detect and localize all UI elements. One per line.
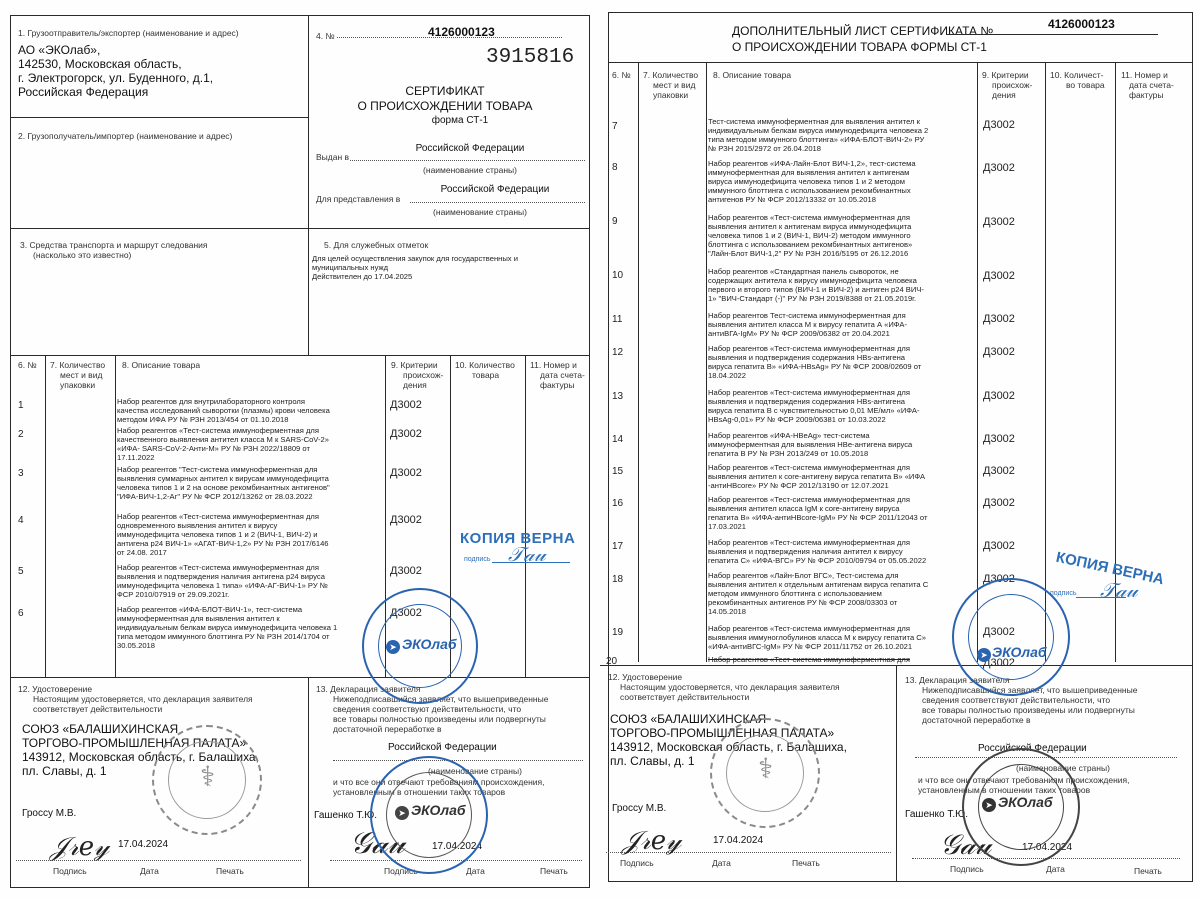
- exporter-line: г. Электрогорск, ул. Буденного, д.1,: [18, 71, 213, 85]
- col-header-no: 6. №: [612, 70, 631, 80]
- sign-label: Подпись: [950, 864, 984, 874]
- exporter-line: 142530, Московская область,: [18, 57, 182, 71]
- company-seal-logo: ЭКОлаб: [998, 794, 1053, 810]
- col-header-criteria: происхож-: [403, 370, 443, 380]
- exporter-label: 1. Грузоотправитель/экспортер (наименова…: [18, 28, 239, 38]
- declarant-name: Гашенко Т.Ю.: [314, 810, 377, 822]
- chamber-address: пл. Славы, д. 1: [610, 754, 695, 768]
- certificate-additional-sheet: ДОПОЛНИТЕЛЬНЫЙ ЛИСТ СЕРТИФИКАТА № 412600…: [600, 0, 1200, 900]
- seal-label: Печать: [216, 866, 244, 876]
- certification-text: соответствует действительности: [33, 704, 162, 714]
- col-header-invoice: дата счета-: [540, 370, 585, 380]
- declaration-text: все товары полностью произведены или под…: [922, 705, 1135, 715]
- declaration-text: достаточной переработке в: [922, 715, 1031, 725]
- col-divider: [115, 355, 116, 677]
- col-header-invoice: дата счета-: [1129, 80, 1174, 90]
- certification-date: 17.04.2024: [118, 839, 168, 851]
- caduceus-icon: ⚕: [200, 760, 215, 793]
- col-header-invoice: фактуры: [540, 380, 575, 390]
- col-header-packages: 7. Количество: [643, 70, 698, 80]
- ecolab-logo-icon: ➤: [977, 648, 991, 662]
- col-header-criteria: дения: [403, 380, 427, 390]
- col-header-criteria: 9. Критерии: [391, 360, 438, 370]
- col-header-quantity: 10. Количест-: [1050, 70, 1104, 80]
- seal-label: Печать: [792, 858, 820, 868]
- validity-note: Действителен до 17.04.2025: [312, 272, 412, 281]
- certifier-name: Гроссу М.В.: [22, 808, 76, 820]
- col-header-no: 6. №: [18, 360, 37, 370]
- dotted-line: [410, 202, 585, 203]
- transport-label: 3. Средства транспорта и маршрут следова…: [20, 240, 208, 250]
- divider: [308, 677, 309, 888]
- col-divider: [525, 355, 526, 677]
- col-header-packages: 7. Количество: [50, 360, 105, 370]
- company-seal-logo: ЭКОлаб: [992, 644, 1047, 660]
- official-note: Для целей осуществления закупок для госу…: [312, 254, 518, 263]
- company-seal-logo: ЭКОлаб: [402, 636, 457, 652]
- col-header-criteria: дения: [992, 90, 1016, 100]
- col-header-packages: упаковки: [60, 380, 95, 390]
- col-divider: [638, 62, 639, 662]
- col-header-description: 8. Описание товара: [713, 70, 791, 80]
- certifier-name: Гроссу М.В.: [612, 803, 666, 815]
- date-label: Дата: [712, 858, 731, 868]
- certifier-signature-icon: 𝒥𝓇𝑒𝓎: [622, 826, 681, 857]
- date-label: Дата: [140, 866, 159, 876]
- sheet-title: ДОПОЛНИТЕЛЬНЫЙ ЛИСТ СЕРТИФИКАТА №: [732, 24, 993, 38]
- table-top: [608, 62, 1193, 63]
- country-caption: (наименование страны): [360, 165, 580, 175]
- certificate-title: СЕРТИФИКАТ: [310, 84, 580, 98]
- sign-label: Подпись: [53, 866, 87, 876]
- col-header-quantity: 10. Количество: [455, 360, 515, 370]
- copy-stamp-signature-icon: 𝒯𝒶𝓊: [508, 542, 546, 566]
- declaration-text: сведения соответствуют действительности,…: [922, 695, 1110, 705]
- certificate-form: форма СТ-1: [360, 115, 560, 127]
- importer-label: 2. Грузополучатель/импортер (наименовани…: [18, 131, 232, 141]
- sign-label: Подпись: [620, 858, 654, 868]
- table-top: [10, 355, 590, 356]
- certificate-number-label: 4. №: [316, 31, 335, 41]
- col-header-criteria: 9. Критерии: [982, 70, 1029, 80]
- ecolab-logo-icon: ➤: [982, 798, 996, 812]
- sheet-subtitle: О ПРОИСХОЖДЕНИИ ТОВАРА ФОРМЫ СТ-1: [732, 40, 987, 54]
- seal-label: Печать: [1134, 866, 1162, 876]
- certification-text: Настоящим удостоверяется, что декларация…: [620, 682, 840, 692]
- col-divider: [706, 62, 707, 662]
- presentation-country: Российской Федерации: [400, 184, 590, 196]
- divider: [308, 15, 309, 355]
- certification-date: 17.04.2024: [713, 835, 763, 847]
- presentation-label: Для представления в: [316, 194, 400, 204]
- serial-number: 3915816: [486, 46, 574, 69]
- col-header-quantity: товара: [472, 370, 499, 380]
- seal-label: Печать: [540, 866, 568, 876]
- copy-stamp-signature-icon: 𝒯𝒶𝓊: [1100, 578, 1138, 602]
- col-header-packages: мест и вид: [60, 370, 102, 380]
- certification-label: 12. Удостоверение: [18, 684, 92, 694]
- exporter-line: АО «ЭКОлаб»,: [18, 43, 100, 57]
- col-header-quantity: во товара: [1066, 80, 1105, 90]
- certification-text: соответствует действительности: [620, 692, 749, 702]
- col-divider: [977, 62, 978, 662]
- certification-label: 12. Удостоверение: [608, 672, 682, 682]
- dotted-line: [350, 160, 585, 161]
- declaration-text: сведения соответствуют действительности,…: [333, 704, 521, 714]
- col-header-packages: упаковки: [653, 90, 688, 100]
- company-seal-inner-icon: [968, 594, 1054, 680]
- divider: [10, 117, 308, 118]
- col-header-criteria: происхож-: [992, 80, 1032, 90]
- certificate-number: 4126000123: [1048, 17, 1115, 31]
- chamber-name: СОЮЗ «БАЛАШИХИНСКАЯ: [22, 722, 178, 736]
- declaration-text: все товары полностью произведены или под…: [333, 714, 546, 724]
- col-header-description: 8. Описание товара: [122, 360, 200, 370]
- divider: [10, 228, 590, 229]
- exporter-line: Российская Федерация: [18, 85, 148, 99]
- ecolab-logo-icon: ➤: [395, 806, 409, 820]
- date-label: Дата: [1046, 864, 1065, 874]
- col-header-packages: мест и вид: [653, 80, 695, 90]
- certificate-page-main: 1. Грузоотправитель/экспортер (наименова…: [0, 0, 600, 900]
- declaration-country: Российской Федерации: [388, 742, 497, 754]
- divider: [896, 665, 897, 882]
- dotted-line: [333, 760, 583, 761]
- col-divider: [45, 355, 46, 677]
- issued-in-country: Российской Федерации: [360, 143, 580, 155]
- col-header-invoice: фактуры: [1129, 90, 1164, 100]
- official-note: муниципальных нужд: [312, 263, 388, 272]
- certification-text: Настоящим удостоверяется, что декларация…: [33, 694, 253, 704]
- certificate-number: 4126000123: [428, 25, 495, 39]
- country-caption: (наименование страны): [370, 207, 590, 217]
- company-seal-logo: ЭКОлаб: [411, 802, 466, 818]
- chamber-address: пл. Славы, д. 1: [22, 764, 107, 778]
- ecolab-logo-icon: ➤: [386, 640, 400, 654]
- copy-stamp-sign-label: подпись: [464, 556, 490, 563]
- caduceus-icon: ⚕: [758, 752, 773, 785]
- col-divider: [1045, 62, 1046, 662]
- certificate-title: О ПРОИСХОЖДЕНИИ ТОВАРА: [310, 99, 580, 113]
- issued-in-label: Выдан в: [316, 152, 349, 162]
- official-marks-label: 5. Для служебных отметок: [324, 240, 428, 250]
- number-underline: [946, 34, 1158, 35]
- divider: [10, 677, 590, 678]
- col-header-invoice: 11. Номер и: [530, 360, 577, 370]
- declaration-text: достаточной переработке в: [333, 724, 442, 734]
- date-label: Дата: [466, 866, 485, 876]
- certifier-signature-icon: 𝒥𝓇𝑒𝓎: [50, 832, 109, 863]
- declarant-name: Гашенко Т.Ю.: [905, 809, 968, 821]
- col-header-invoice: 11. Номер и: [1121, 70, 1168, 80]
- transport-sublabel: (насколько это известно): [33, 250, 131, 260]
